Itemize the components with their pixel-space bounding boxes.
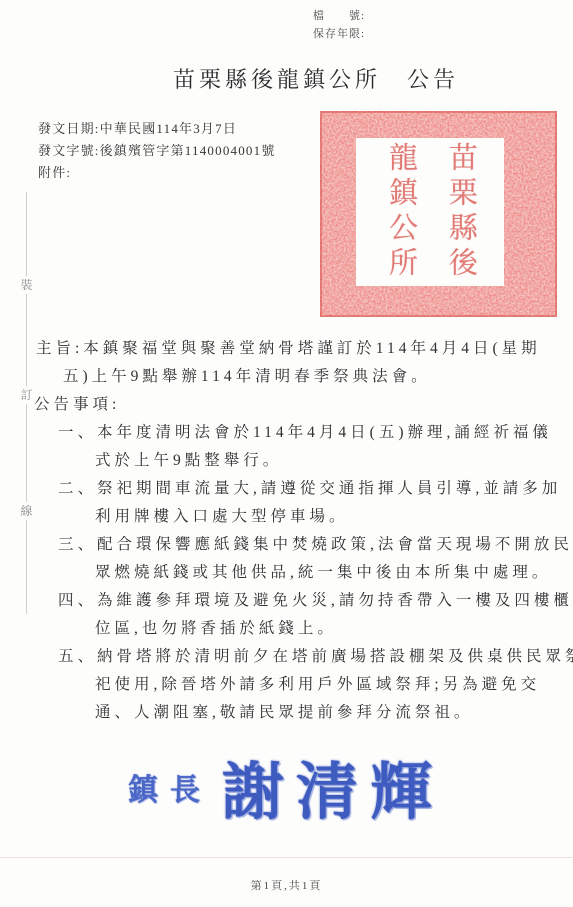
issue-meta-block: 發文日期:中華民國114年3月7日 發文字號:後鎮殯管字第1140004001號… <box>38 118 276 184</box>
body-line: 式於上午9點整舉行。 <box>95 448 573 476</box>
mayor-title-stamp: 鎮長 <box>128 765 212 809</box>
issue-date-line: 發文日期:中華民國114年3月7日 <box>38 118 276 140</box>
seal-column: 龍鎮公所 <box>384 142 416 282</box>
announcement-document: 檔 號: 保存年限: 苗栗縣後龍鎮公所 公告 發文日期:中華民國114年3月7日… <box>0 0 573 907</box>
body-line: 五、納骨塔將於清明前夕在塔前廣場搭設棚架及供桌供民眾祭 <box>58 644 573 672</box>
body-line: 主旨:本鎮聚福堂與聚善堂納骨塔謹訂於114年4月4日(星期 <box>36 336 573 364</box>
body-line: 位區,也勿將香插於紙錢上。 <box>95 616 573 644</box>
page-number: 第1頁,共1頁 <box>0 877 573 893</box>
binding-mark: 裝 <box>20 276 33 294</box>
attachment-line: 附件: <box>38 162 276 184</box>
seal-inner-text: 苗栗縣後龍鎮公所 <box>356 138 504 286</box>
mayor-name-stamp: 謝清輝 <box>222 742 444 831</box>
body-line: 四、為維護參拜環境及避免火災,請勿持香帶入一樓及四樓櫃 <box>58 588 573 616</box>
body-line: 二、祭祀期間車流量大,請遵從交通指揮人員引導,並請多加 <box>58 476 573 504</box>
mayor-signature-block: 鎮長 謝清輝 <box>128 742 444 831</box>
document-title: 苗栗縣後龍鎮公所 公告 <box>173 63 459 94</box>
seal-column: 苗栗縣後 <box>444 142 476 282</box>
doc-number-line: 發文字號:後鎮殯管字第1140004001號 <box>38 140 276 162</box>
body-line: 五)上午9點舉辦114年清明春季祭典法會。 <box>63 364 573 392</box>
footer-divider <box>0 857 573 858</box>
retention-period-label: 保存年限: <box>313 25 365 43</box>
body-line: 一、本年度清明法會於114年4月4日(五)辦理,誦經祈福儀 <box>58 420 573 448</box>
body-line: 通、人潮阻塞,敬請民眾提前參拜分流祭祖。 <box>95 700 573 728</box>
body-line: 利用牌樓入口處大型停車場。 <box>95 504 573 532</box>
official-seal-stamp: 苗栗縣後龍鎮公所 <box>320 111 557 317</box>
announcement-body: 主旨:本鎮聚福堂與聚善堂納骨塔謹訂於114年4月4日(星期五)上午9點舉辦114… <box>0 336 573 728</box>
file-number-block: 檔 號: 保存年限: <box>313 7 365 43</box>
body-line: 祀使用,除晉塔外請多利用戶外區域祭拜;另為避免交 <box>95 672 573 700</box>
body-line: 眾燃燒紙錢或其他供品,統一集中後由本所集中處理。 <box>95 560 573 588</box>
body-line: 三、配合環保響應紙錢集中焚燒政策,法會當天現場不開放民 <box>58 532 573 560</box>
file-number-label: 檔 號: <box>313 7 365 25</box>
body-line: 公告事項: <box>34 392 573 420</box>
